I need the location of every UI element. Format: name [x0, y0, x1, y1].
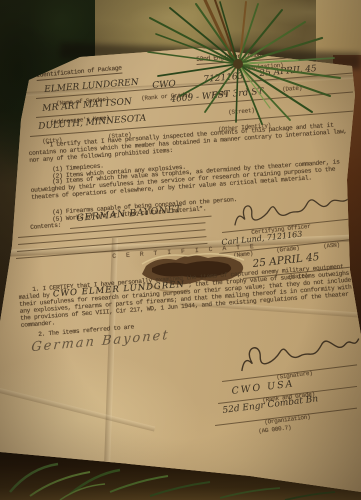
photo-of-war-trophy-certificate: 52nd Engineer Combat Battalion (Organiza… [0, 0, 361, 500]
document-paper: 52nd Engineer Combat Battalion (Organiza… [0, 0, 361, 500]
